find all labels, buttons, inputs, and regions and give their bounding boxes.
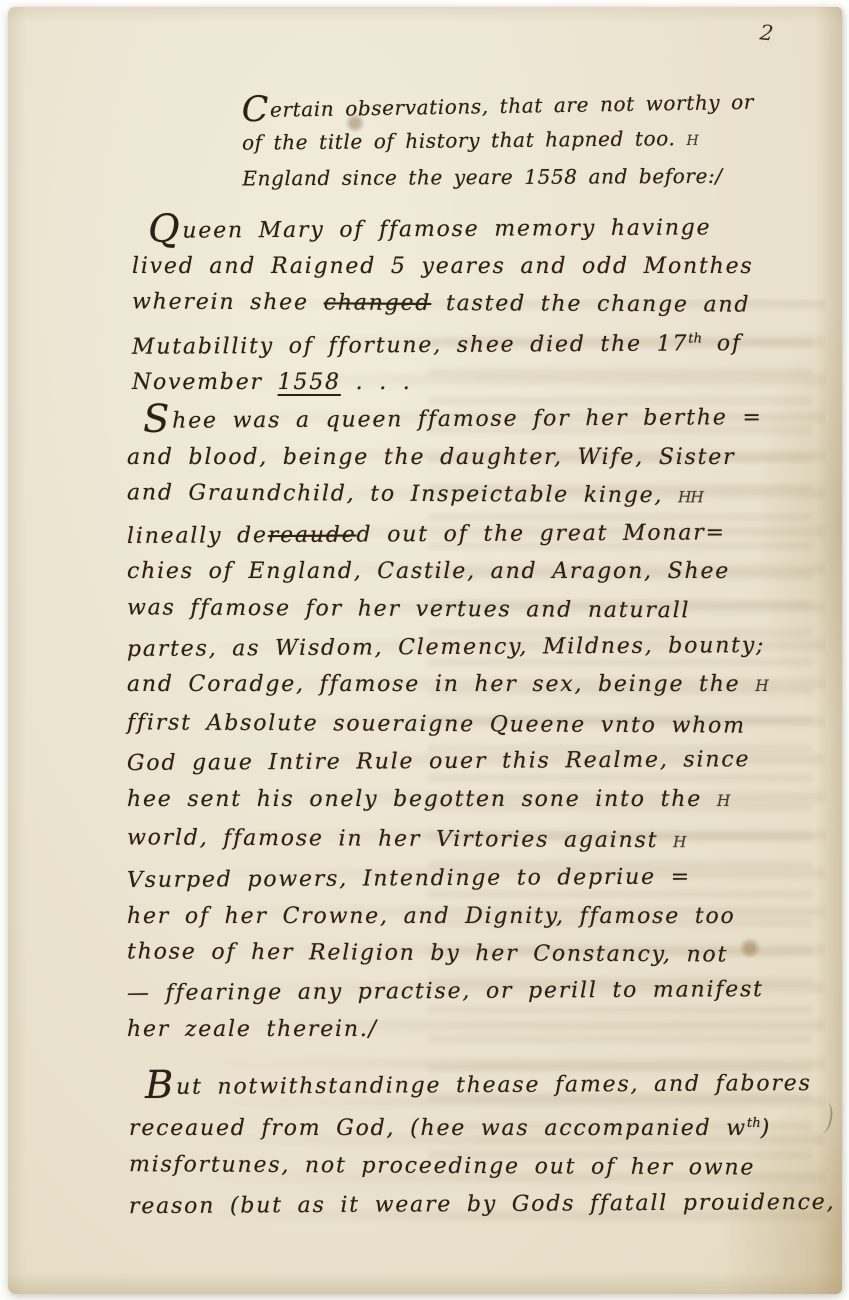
manuscript-text-segment: tasted the change and (431, 291, 750, 318)
manuscript-line: lineally dereauded out of the great Mona… (127, 514, 768, 556)
manuscript-text-segment: was ffamose for her vertues and naturall (127, 595, 690, 623)
manuscript-text-segment: and blood, beinge the daughter, Wife, Si… (127, 445, 735, 470)
manuscript-text-segment: th (747, 1116, 761, 1131)
manuscript-text-segment: reason (but as it weare by Gods ffatall … (129, 1190, 835, 1219)
manuscript-line: and blood, beinge the daughter, Wife, Si… (127, 439, 768, 477)
manuscript-text-segment: 1558 (278, 370, 341, 395)
scan-background: 2 Certain observations, that are not wor… (0, 0, 849, 1300)
manuscript-text-segment: England since the yeare 1558 and before:… (242, 164, 722, 191)
manuscript-text-segment: C (241, 89, 269, 129)
manuscript-page: 2 Certain observations, that are not wor… (8, 7, 842, 1294)
manuscript-line: those of her Religion by her Constancy, … (127, 934, 768, 975)
manuscript-line: of the title of history that hapned too.… (242, 120, 755, 162)
manuscript-text-segment: hee was a queen ffamose for her berthe = (172, 405, 763, 434)
manuscript-text-segment: lineally de (127, 523, 268, 549)
manuscript-text-segment: chies of England, Castile, and Aragon, S… (127, 559, 730, 584)
manuscript-text-segment: hee sent his onely begotten sone into th… (127, 787, 717, 812)
manuscript-line: her zeale therein./ (127, 1011, 768, 1049)
manuscript-text-segment: world, ffamose in her Virtories against (127, 825, 673, 853)
manuscript-text-segment: B (145, 1063, 175, 1108)
paragraph-notwithstanding-misfortunes: But notwithstandinge thease fames, and f… (129, 1067, 835, 1224)
manuscript-line: God gaue Intire Rule ouer this Realme, s… (127, 741, 768, 783)
manuscript-text-segment: partes, as Wisdom, Clemency, Mildnes, bo… (127, 633, 765, 662)
manuscript-line: was ffamose for her vertues and naturall (127, 589, 768, 630)
manuscript-line: Mutabillity of ffortune, shee died the 1… (132, 320, 754, 366)
manuscript-text-segment: H (673, 833, 686, 851)
manuscript-text-segment: her zeale therein./ (127, 1017, 378, 1042)
manuscript-line: November 1558 . . . (132, 364, 754, 401)
manuscript-text-segment: th (688, 331, 702, 346)
manuscript-text-segment: reaude (268, 522, 357, 548)
manuscript-text-segment: those of her Religion by her Constancy, … (127, 940, 728, 968)
manuscript-text-segment: H (755, 677, 767, 695)
manuscript-line: and Graundchild, to Inspeictable kinge, … (127, 475, 768, 518)
manuscript-text-segment: . . . (341, 370, 412, 395)
manuscript-line: reason (but as it weare by Gods ffatall … (129, 1184, 836, 1226)
manuscript-text-segment: changed (324, 290, 432, 316)
manuscript-text-segment: Mutabillity of ffortune, shee died the 1… (132, 331, 688, 359)
manuscript-text-segment: of (702, 331, 742, 356)
manuscript-line: chies of England, Castile, and Aragon, S… (127, 553, 768, 591)
manuscript-line: Vsurped powers, Intendinge to depriue = (127, 858, 768, 900)
manuscript-text-segment: H (686, 133, 697, 149)
paragraph-queen-famous-virtues: Shee was a queen ffamose for her berthe … (127, 401, 768, 1048)
manuscript-text-segment: and Coradge, ffamose in her sex, beinge … (127, 672, 755, 697)
manuscript-line: hee sent his onely begotten sone into th… (127, 781, 768, 821)
manuscript-line: — ffearinge any practise, or perill to m… (127, 971, 768, 1013)
manuscript-text-segment: ) (761, 1116, 771, 1141)
manuscript-text-segment: receaued from God, (hee was accompanied … (129, 1116, 747, 1141)
manuscript-text-segment: God gaue Intire Rule ouer this Realme, s… (127, 747, 750, 776)
manuscript-line: receaued from God, (hee was accompanied … (129, 1105, 835, 1148)
manuscript-text-segment: lived and Raigned 5 yeares and odd Month… (132, 254, 754, 279)
paragraph-queen-mary-death: Queen Mary of ffamose memory havingelive… (132, 211, 754, 401)
manuscript-line: world, ffamose in her Virtories against … (127, 819, 768, 862)
manuscript-text-segment: Vsurped powers, Intendinge to depriue = (127, 865, 691, 893)
manuscript-text-segment: and Graundchild, to Inspeictable kinge, (127, 481, 678, 509)
manuscript-heading: Certain observations, that are not worth… (241, 86, 754, 196)
manuscript-text-segment: ueen Mary of ffamose memory havinge (182, 215, 711, 243)
manuscript-text-segment: — ffearinge any practise, or perill to m… (127, 977, 764, 1006)
manuscript-text-segment: of the title of history that hapned too. (242, 126, 687, 155)
manuscript-text-segment: wherein shee (132, 289, 324, 315)
manuscript-line: ffirst Absolute soueraigne Queene vnto w… (127, 704, 768, 745)
manuscript-line: misfortunes, not proceedinge out of her … (129, 1146, 836, 1188)
manuscript-text-segment: her of her Crowne, and Dignity, ffamose … (127, 904, 736, 929)
manuscript-line: partes, as Wisdom, Clemency, Mildnes, bo… (127, 627, 768, 669)
manuscript-line: But notwithstandinge thease fames, and f… (129, 1065, 836, 1107)
manuscript-line: and Coradge, ffamose in her sex, beinge … (127, 666, 768, 706)
manuscript-line: lived and Raigned 5 yeares and odd Month… (132, 248, 754, 285)
manuscript-text-segment: November (132, 370, 278, 395)
manuscript-line: England since the yeare 1558 and before:… (242, 159, 755, 196)
manuscript-line: Shee was a queen ffamose for her berthe … (127, 399, 768, 441)
manuscript-text-segment: Q (148, 206, 182, 251)
manuscript-line: wherein shee changed tasted the change a… (132, 283, 754, 323)
manuscript-text-segment: S (143, 397, 171, 442)
manuscript-line: her of her Crowne, and Dignity, ffamose … (127, 898, 768, 936)
manuscript-text-segment: H (717, 792, 729, 810)
page-number: 2 (759, 20, 775, 45)
manuscript-text-segment: misfortunes, not proceedinge out of her … (129, 1152, 755, 1180)
manuscript-text-segment: d out of the great Monar= (356, 520, 725, 547)
manuscript-text-segment: ffirst Absolute soueraigne Queene vnto w… (127, 710, 746, 738)
manuscript-text-segment: HH (678, 488, 703, 506)
manuscript-text-segment: ertain observations, that are not worthy… (270, 90, 754, 122)
manuscript-line: Queen Mary of ffamose memory havinge (132, 209, 754, 250)
manuscript-text-segment: ut notwithstandinge thease fames, and fa… (176, 1071, 812, 1100)
